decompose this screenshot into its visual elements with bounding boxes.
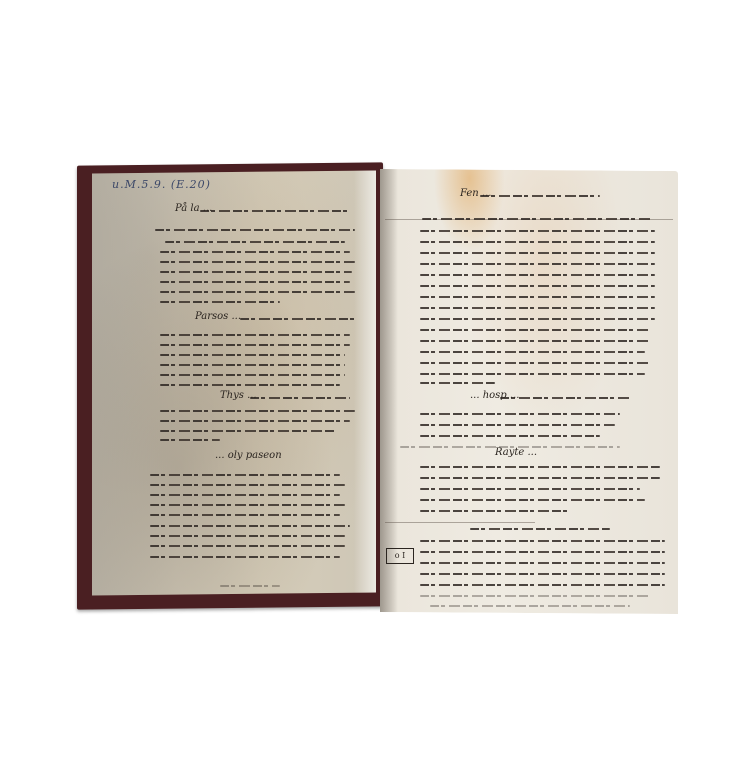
handwriting-line xyxy=(150,545,345,547)
handwriting-line xyxy=(160,410,355,412)
open-manuscript-book: u.M.5.9. (E.20) På la ... Parsos ... Thy… xyxy=(0,0,755,780)
handwriting-line xyxy=(160,384,340,386)
margin-stamp: o I xyxy=(386,548,414,564)
handwriting-line xyxy=(420,510,570,512)
handwriting-line xyxy=(420,274,655,276)
handwriting-line xyxy=(420,466,660,468)
handwriting-line xyxy=(420,413,620,415)
handwriting-line xyxy=(420,584,665,586)
handwriting-line xyxy=(420,540,665,542)
handwriting-line xyxy=(420,551,665,553)
faded-handwriting-line xyxy=(430,605,630,607)
handwriting-line xyxy=(160,364,345,366)
handwriting-line xyxy=(420,573,665,575)
handwriting-line xyxy=(165,241,345,243)
handwriting-line xyxy=(150,474,340,476)
handwriting-line xyxy=(160,344,350,346)
handwriting-line xyxy=(420,263,655,265)
gutter-shadow xyxy=(354,171,376,593)
handwriting-line xyxy=(420,241,655,243)
shelfmark-annotation: u.M.5.9. (E.20) xyxy=(112,178,211,191)
handwriting-line xyxy=(420,382,495,384)
handwriting-line xyxy=(420,340,650,342)
handwriting-line xyxy=(160,301,280,303)
handwriting-line xyxy=(420,296,655,298)
handwriting-line xyxy=(160,291,355,293)
handwriting-line xyxy=(160,420,350,422)
left-page-heading: På la ... xyxy=(175,203,212,214)
handwriting-line xyxy=(420,373,645,375)
handwriting-line xyxy=(420,329,650,331)
handwriting-line xyxy=(220,585,280,587)
handwriting-line xyxy=(420,351,645,353)
handwriting-line xyxy=(160,334,350,336)
gutter-shadow xyxy=(380,169,398,612)
handwriting-line xyxy=(150,504,345,506)
handwriting-line xyxy=(420,488,640,490)
section-mark: ... oly paseon xyxy=(215,450,282,461)
ruled-line xyxy=(385,522,535,523)
handwriting-line xyxy=(150,556,340,558)
handwriting-line xyxy=(160,261,355,263)
section-mark: Thys ... xyxy=(220,390,257,401)
handwriting-line xyxy=(150,525,350,527)
handwriting-line xyxy=(160,354,345,356)
handwriting-line xyxy=(420,285,655,287)
handwriting-line xyxy=(150,535,345,537)
handwriting-line xyxy=(240,318,355,320)
left-page xyxy=(92,171,376,596)
handwriting-line xyxy=(160,251,350,253)
handwriting-line xyxy=(160,281,350,283)
handwriting-line xyxy=(250,397,350,399)
handwriting-line xyxy=(420,562,665,564)
faded-handwriting-line xyxy=(420,595,650,597)
handwriting-line xyxy=(420,318,655,320)
handwriting-line xyxy=(200,210,350,212)
section-mark: Rayte ... xyxy=(495,447,537,458)
handwriting-line xyxy=(420,307,655,309)
handwriting-line xyxy=(160,430,335,432)
handwriting-line xyxy=(420,477,660,479)
handwriting-line xyxy=(155,229,355,231)
handwriting-line xyxy=(420,435,600,437)
handwriting-line xyxy=(420,424,615,426)
handwriting-line xyxy=(160,271,352,273)
handwriting-line xyxy=(150,494,340,496)
right-page xyxy=(380,169,678,614)
right-page-heading: Fen ... xyxy=(460,188,491,199)
handwriting-line xyxy=(160,439,220,441)
section-mark: ... hosp ... xyxy=(470,390,519,401)
handwriting-line xyxy=(470,528,610,530)
section-mark: Parsos ... xyxy=(195,311,241,322)
handwriting-line xyxy=(420,499,645,501)
handwriting-line xyxy=(422,218,652,220)
handwriting-line xyxy=(160,374,345,376)
handwriting-line xyxy=(480,195,600,197)
handwriting-line xyxy=(420,252,655,254)
handwriting-line xyxy=(500,397,630,399)
handwriting-line xyxy=(420,230,655,232)
handwriting-line xyxy=(150,484,345,486)
handwriting-line xyxy=(150,514,340,516)
handwriting-line xyxy=(420,362,650,364)
